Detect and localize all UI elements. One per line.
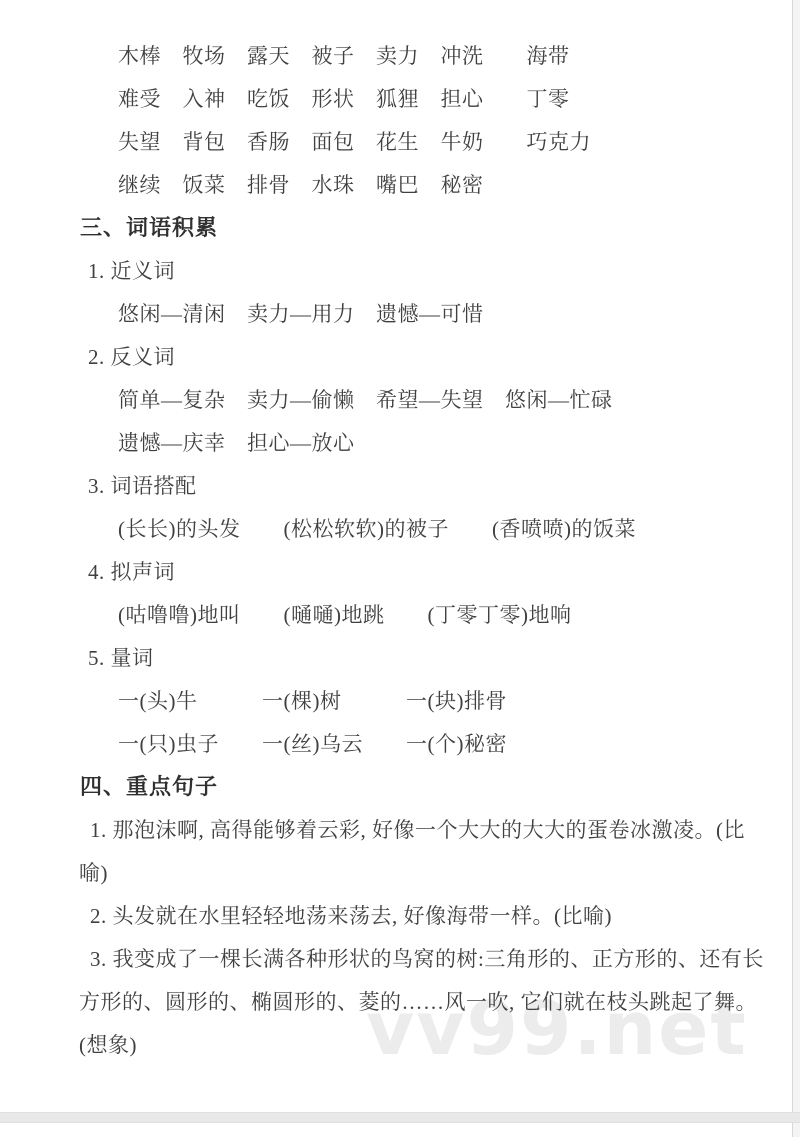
- word-row-3: 失望 背包 香肠 面包 花生 牛奶 巧克力: [0, 119, 792, 162]
- sentence-3-line-3: (想象): [0, 1022, 792, 1065]
- word-row-2: 难受 入神 吃饭 形状 狐狸 担心 丁零: [0, 76, 792, 119]
- measure-words-row-1: 一(头)牛 一(棵)树 一(块)排骨: [0, 678, 792, 721]
- item-measure-words-label: 5. 量词: [0, 635, 792, 678]
- sentence-1-line-1: 1. 那泡沫啊, 高得能够着云彩, 好像一个大大的大大的蛋卷冰激凌。(比: [0, 807, 792, 850]
- item-antonyms-label: 2. 反义词: [0, 334, 792, 377]
- sentence-3-line-2: 方形的、圆形的、椭圆形的、菱的……风一吹, 它们就在枝头跳起了舞。: [0, 979, 792, 1022]
- item-synonyms-label: 1. 近义词: [0, 248, 792, 291]
- synonyms-row: 悠闲—清闲 卖力—用力 遗憾—可惜: [0, 291, 792, 334]
- page-separator: [0, 1112, 800, 1123]
- sentence-3-line-1: 3. 我变成了一棵长满各种形状的鸟窝的树:三角形的、正方形的、还有长: [0, 936, 792, 979]
- document-page: vv99.net 木棒 牧场 露天 被子 卖力 冲洗 海带 难受 入神 吃饭 形…: [0, 0, 800, 1137]
- item-onomatopoeia-label: 4. 拟声词: [0, 549, 792, 592]
- sentence-2-line-1: 2. 头发就在水里轻轻地荡来荡去, 好像海带一样。(比喻): [0, 893, 792, 936]
- page-edge-line: [792, 0, 793, 1137]
- sentence-1-line-2: 喻): [0, 850, 792, 893]
- measure-words-row-2: 一(只)虫子 一(丝)乌云 一(个)秘密: [0, 721, 792, 764]
- document-content: 木棒 牧场 露天 被子 卖力 冲洗 海带 难受 入神 吃饭 形状 狐狸 担心 丁…: [0, 0, 792, 1065]
- collocation-row: (长长)的头发 (松松软软)的被子 (香喷喷)的饭菜: [0, 506, 792, 549]
- word-row-1: 木棒 牧场 露天 被子 卖力 冲洗 海带: [0, 33, 792, 76]
- antonyms-row-2: 遗憾—庆幸 担心—放心: [0, 420, 792, 463]
- item-collocation-label: 3. 词语搭配: [0, 463, 792, 506]
- section-4-heading: 四、重点句子: [0, 764, 792, 807]
- word-row-4: 继续 饭菜 排骨 水珠 嘴巴 秘密: [0, 162, 792, 205]
- section-3-heading: 三、词语积累: [0, 205, 792, 248]
- antonyms-row-1: 简单—复杂 卖力—偷懒 希望—失望 悠闲—忙碌: [0, 377, 792, 420]
- page-edge-shade: [793, 0, 800, 1137]
- onomatopoeia-row: (咕噜噜)地叫 (嗵嗵)地跳 (丁零丁零)地响: [0, 592, 792, 635]
